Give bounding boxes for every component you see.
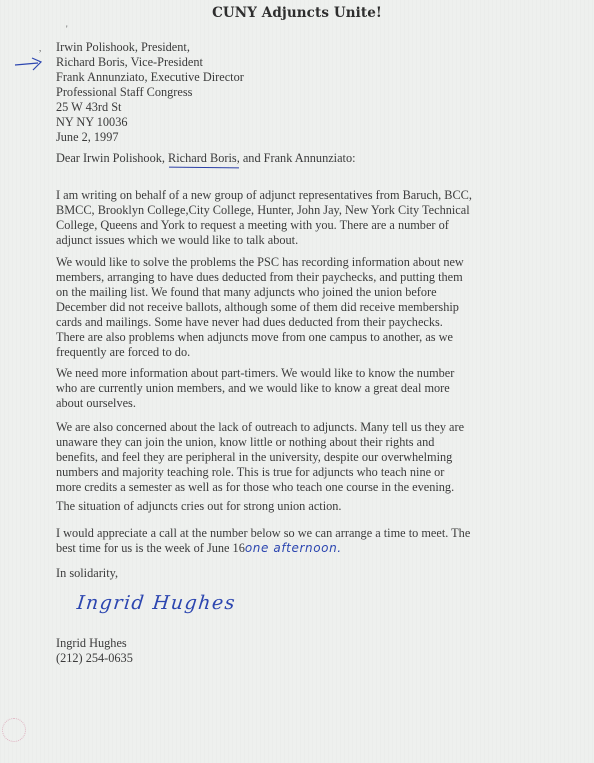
handwritten-arrow-icon xyxy=(14,55,48,77)
address-line: NY NY 10036 xyxy=(56,115,526,130)
address-line: 25 W 43rd St xyxy=(56,100,526,115)
signer-phone: (212) 254-0635 xyxy=(56,651,526,666)
address-line: Professional Staff Congress xyxy=(56,85,526,100)
paragraph: I am writing on behalf of a new group of… xyxy=(56,188,526,248)
closing: In solidarity, xyxy=(56,566,526,581)
underlined-name: Richard Boris xyxy=(168,151,237,165)
handwritten-note: one afternoon. xyxy=(245,541,342,555)
paragraph: We are also concerned about the lack of … xyxy=(56,420,526,495)
handwritten-signature: Ingrid Hughes xyxy=(76,592,237,614)
letter-page: CUNY Adjuncts Unite! ' , Irwin Polishook… xyxy=(0,0,594,763)
signer-block: Ingrid Hughes (212) 254-0635 xyxy=(56,636,526,666)
meeting-request-paragraph: I would appreciate a call at the number … xyxy=(56,526,526,556)
address-line: Irwin Polishook, President, xyxy=(56,40,526,55)
letter-date: June 2, 1997 xyxy=(56,130,526,145)
recipient-address: Irwin Polishook, President, Richard Bori… xyxy=(56,40,526,145)
paragraph: We need more information about part-time… xyxy=(56,366,526,411)
letter-title: CUNY Adjuncts Unite! xyxy=(0,5,594,21)
pen-mark: , xyxy=(39,43,41,53)
salutation: Dear Irwin Polishook, Richard Boris, and… xyxy=(56,151,526,166)
paragraph: We would like to solve the problems the … xyxy=(56,255,526,360)
paragraph: The situation of adjuncts cries out for … xyxy=(56,499,526,514)
faint-stamp-mark xyxy=(2,718,26,742)
pen-mark: ' xyxy=(66,24,68,34)
address-line: Richard Boris, Vice-President xyxy=(56,55,526,70)
signer-name: Ingrid Hughes xyxy=(56,636,526,651)
address-line: Frank Annunziato, Executive Director xyxy=(56,70,526,85)
